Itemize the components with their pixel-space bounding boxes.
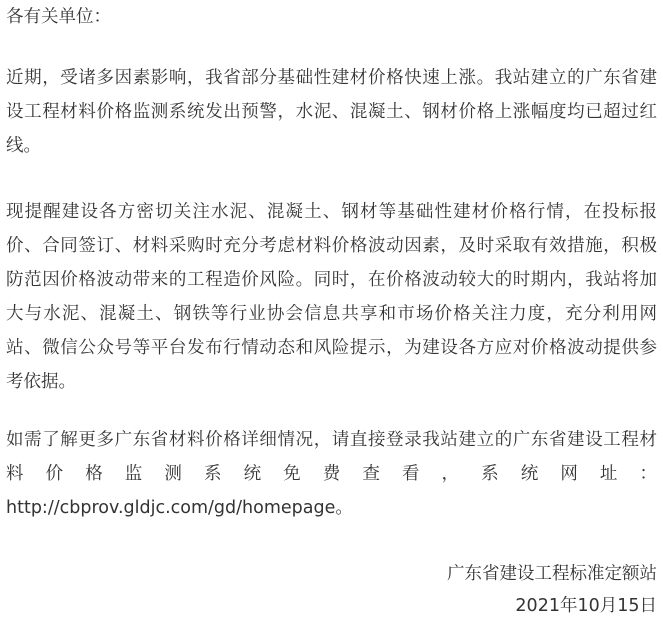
notice-document: 各有关单位： 近期，受诸多因素影响，我省部分基础性建材价格快速上涨。我站建立的广… [0, 0, 663, 623]
salutation: 各有关单位： [6, 0, 657, 34]
paragraph-2-line-4: 大与水泥、混凝土、钢铁等行业协会信息共享和市场价格关注力度，充分利用网 [6, 297, 657, 331]
signature-date: 2021年10月15日 [6, 589, 657, 623]
paragraph-1-line-1: 近期，受诸多因素影响，我省部分基础性建材价格快速上涨。我站建立的广东省建 [6, 61, 657, 95]
paragraph-1-line-3: 线。 [6, 129, 657, 163]
paragraph-3-line-2-text: 料价格监测系统免费查看，系统网址： [6, 457, 657, 491]
paragraph-2-line-3: 防范因价格波动带来的工程造价风险。同时，在价格波动较大的时期内，我站将加 [6, 263, 657, 297]
paragraph-3-line-2: 料价格监测系统免费查看，系统网址： [6, 457, 657, 491]
paragraph-2-line-2: 价、合同签订、材料采购时充分考虑材料价格波动因素，及时采取有效措施，积极 [6, 229, 657, 263]
paragraph-2-line-6: 考依据。 [6, 365, 657, 399]
signature-organization: 广东省建设工程标准定额站 [6, 557, 657, 591]
paragraph-2-line-5: 站、微信公众号等平台发布行情动态和风险提示，为建设各方应对价格波动提供参 [6, 331, 657, 365]
paragraph-2-line-1: 现提醒建设各方密切关注水泥、混凝土、钢材等基础性建材价格行情，在投标报 [6, 195, 657, 229]
paragraph-1-line-2: 设工程材料价格监测系统发出预警，水泥、混凝土、钢材价格上涨幅度均已超过红 [6, 95, 657, 129]
paragraph-3-line-1: 如需了解更多广东省材料价格详细情况，请直接登录我站建立的广东省建设工程材 [6, 423, 657, 457]
website-link[interactable]: http://cbprov.gldjc.com/gd/homepage。 [6, 491, 657, 525]
